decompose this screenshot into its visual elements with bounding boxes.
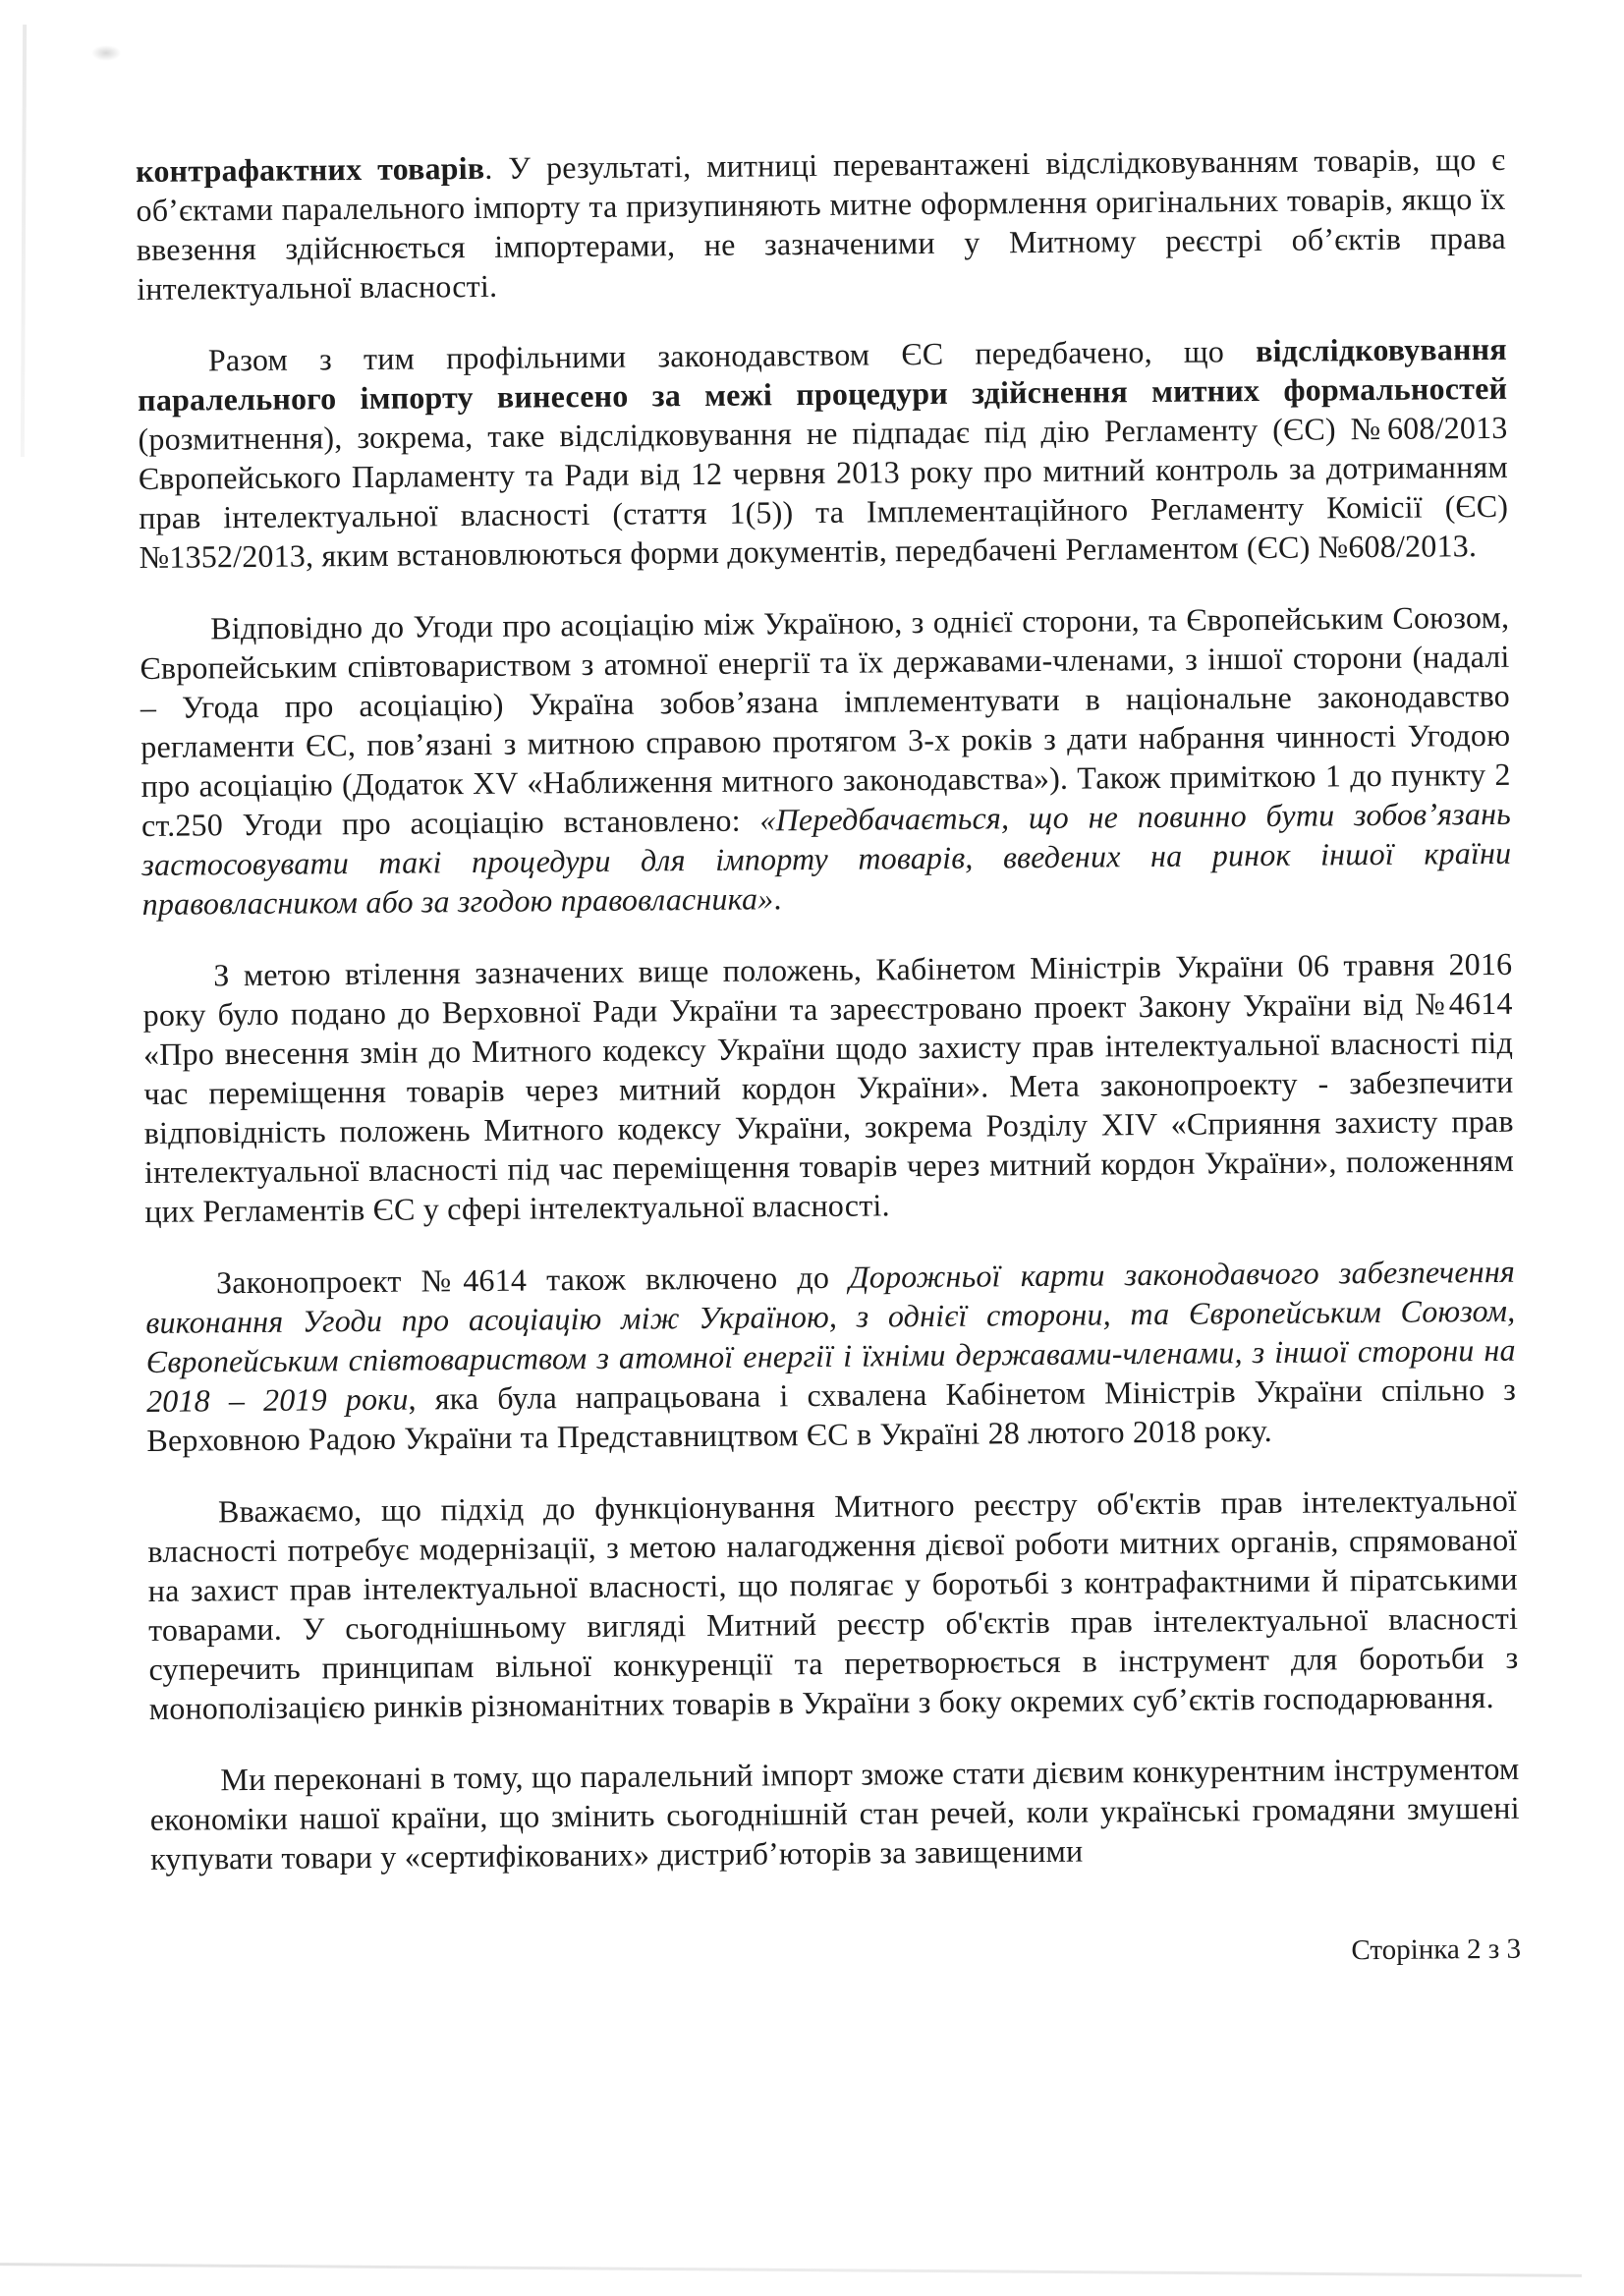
text-segment: Законопроект №4614 також включено до [216, 1260, 849, 1301]
paragraph: З метою втілення зазначених вище положен… [142, 944, 1514, 1231]
paragraph: Ми переконані в тому, що паралельний імп… [149, 1749, 1520, 1878]
text-segment: контрафактних товарів [136, 150, 484, 189]
scan-artifact-smudge [91, 45, 121, 61]
text-segment: (розмитнення), зокрема, таке відслідкову… [138, 410, 1508, 575]
scan-artifact-bottom-line [0, 2263, 1582, 2277]
text-segment: З метою втілення зазначених вище положен… [143, 946, 1515, 1229]
text-segment: . [773, 880, 782, 916]
paragraph: Вважаємо, що підхід до функціонування Ми… [147, 1481, 1519, 1728]
page-number-footer: Сторінка 2 з 3 [151, 1932, 1521, 1979]
text-segment: Ми переконані в тому, що паралельний імп… [150, 1751, 1520, 1876]
text-segment: Вважаємо, що підхід до функціонування Ми… [147, 1483, 1518, 1726]
paragraph: Разом з тим профільними законодавством Є… [138, 329, 1509, 577]
scan-artifact-vertical-line [21, 25, 27, 457]
text-segment: Разом з тим профільними законодавством Є… [208, 333, 1257, 377]
paragraph: контрафактних товарів. У результаті, мит… [136, 140, 1506, 308]
document-body: контрафактних товарів. У результаті, мит… [136, 140, 1521, 1979]
paragraph: Відповідно до Угоди про асоціацію між Ук… [140, 597, 1512, 924]
paragraph: Законопроект №4614 також включено до Дор… [145, 1252, 1517, 1460]
scanned-document-page: контрафактних товарів. У результаті, мит… [0, 0, 1624, 2296]
